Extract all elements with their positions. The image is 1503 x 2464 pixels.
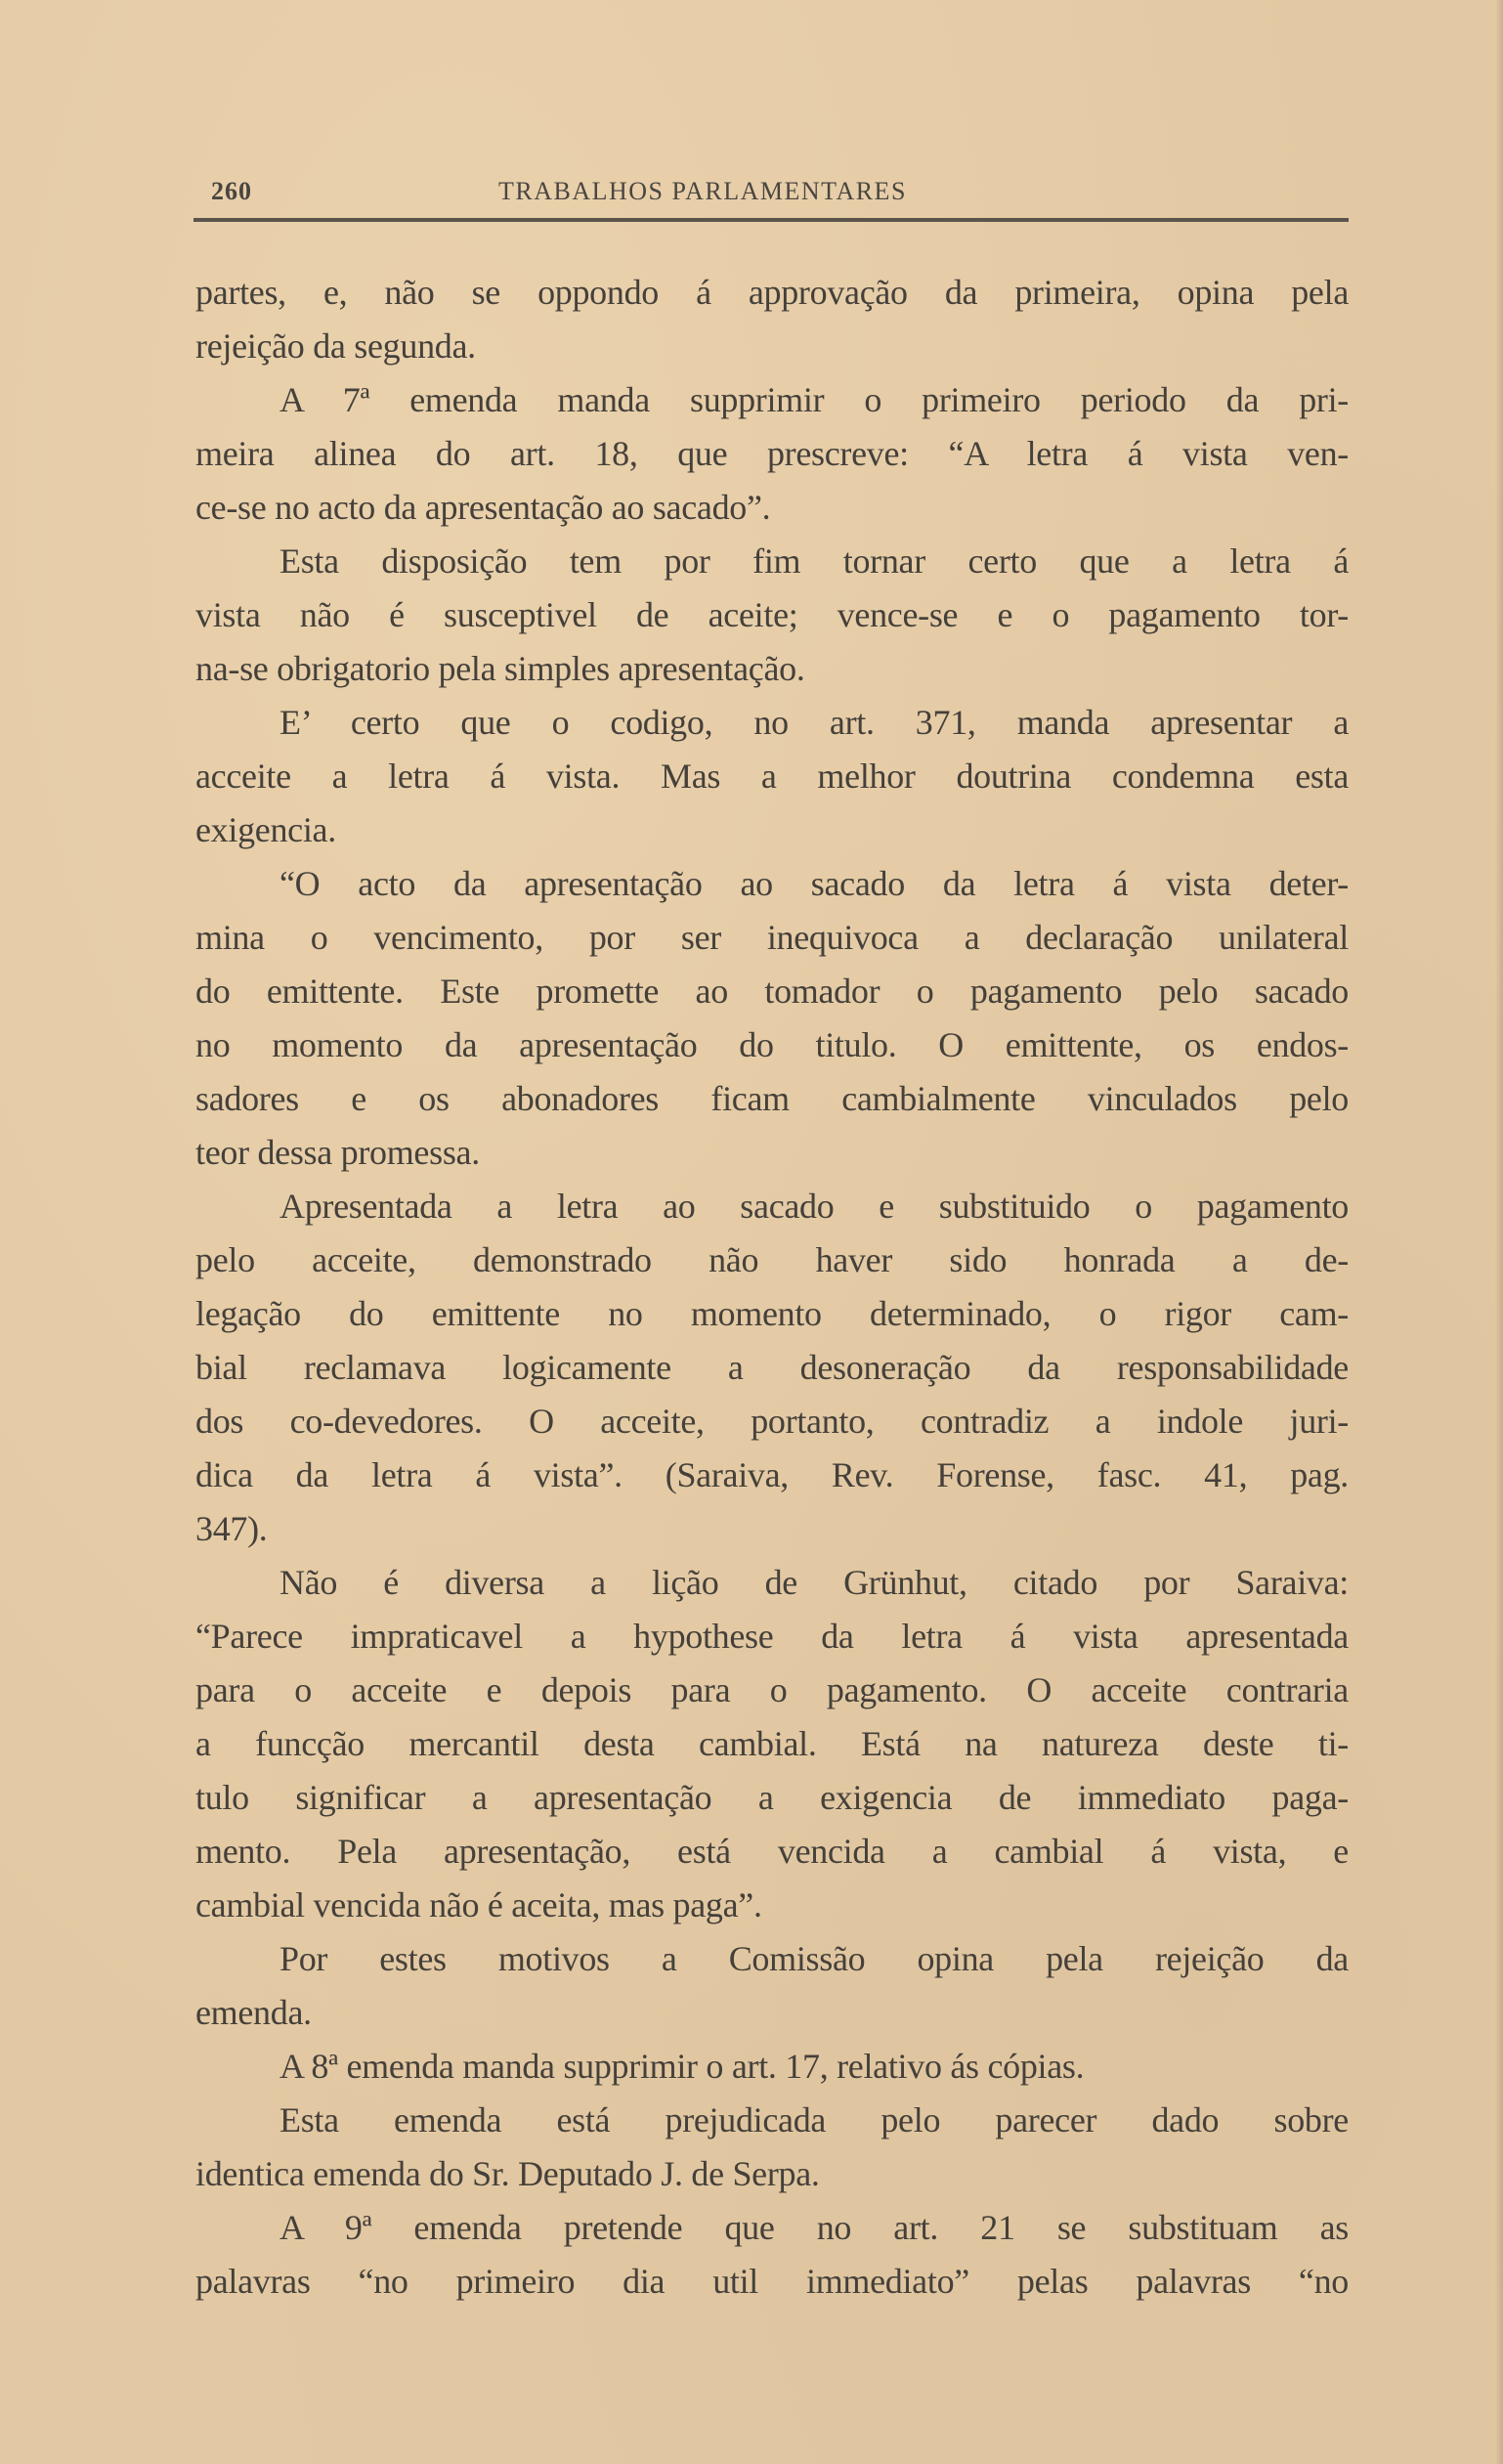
text-line: acceite a letra á vista. Mas a melhor do… (195, 750, 1349, 803)
text-line: do emittente. Este promette ao tomador o… (195, 965, 1349, 1018)
text-line: A 9ª emenda pretende que no art. 21 se s… (195, 2201, 1349, 2255)
text-line: emenda. (195, 1986, 1349, 2040)
running-title: TRABALHOS PARLAMENTARES (498, 172, 907, 211)
text-line: Esta disposição tem por fim tornar certo… (195, 535, 1349, 588)
page-edge-shadow (1495, 0, 1503, 2464)
text-line: exigencia. (195, 803, 1349, 857)
text-line: A 8ª emenda manda supprimir o art. 17, r… (195, 2040, 1349, 2094)
text-line: palavras “no primeiro dia util immediato… (195, 2255, 1349, 2309)
text-line: sadores e os abonadores ficam cambialmen… (195, 1072, 1349, 1126)
text-line: Não é diversa a lição de Grünhut, citado… (195, 1556, 1349, 1610)
text-line: tulo significar a apresentação a exigenc… (195, 1771, 1349, 1825)
text-line: mento. Pela apresentação, está vencida a… (195, 1825, 1349, 1879)
text-line: Por estes motivos a Comissão opina pela … (195, 1932, 1349, 1986)
body-text: partes, e, não se oppondo á approvação d… (195, 266, 1349, 2309)
page-number: 260 (211, 172, 252, 211)
text-line: dos co-devedores. O acceite, portanto, c… (195, 1395, 1349, 1448)
text-line: identica emenda do Sr. Deputado J. de Se… (195, 2147, 1349, 2201)
text-line: A 7ª emenda manda supprimir o primeiro p… (195, 373, 1349, 427)
text-line: vista não é susceptivel de aceite; vence… (195, 588, 1349, 642)
text-line: E’ certo que o codigo, no art. 371, mand… (195, 696, 1349, 750)
text-line: “O acto da apresentação ao sacado da let… (195, 857, 1349, 911)
book-page: 260 TRABALHOS PARLAMENTARES partes, e, n… (0, 0, 1503, 2464)
running-header: 260 TRABALHOS PARLAMENTARES (193, 172, 1349, 211)
text-line: dica da letra á vista”. (Saraiva, Rev. F… (195, 1448, 1349, 1502)
text-line: rejeição da segunda. (195, 320, 1349, 373)
text-line: para o acceite e depois para o pagamento… (195, 1664, 1349, 1717)
text-line: partes, e, não se oppondo á approvação d… (195, 266, 1349, 320)
text-line: Esta emenda está prejudicada pelo parece… (195, 2094, 1349, 2147)
text-line: 347). (195, 1502, 1349, 1556)
text-line: Apresentada a letra ao sacado e substitu… (195, 1180, 1349, 1233)
text-line: ce-se no acto da apresentação ao sacado”… (195, 481, 1349, 535)
header-rule (193, 218, 1349, 222)
text-line: a funcção mercantil desta cambial. Está … (195, 1717, 1349, 1771)
text-line: teor dessa promessa. (195, 1126, 1349, 1180)
text-line: na-se obrigatorio pela simples apresenta… (195, 642, 1349, 696)
text-line: bial reclamava logicamente a desoneração… (195, 1341, 1349, 1395)
text-line: meira alinea do art. 18, que prescreve: … (195, 427, 1349, 481)
text-line: legação do emittente no momento determin… (195, 1287, 1349, 1341)
text-line: cambial vencida não é aceita, mas paga”. (195, 1879, 1349, 1932)
text-line: mina o vencimento, por ser inequivoca a … (195, 911, 1349, 965)
text-line: no momento da apresentação do titulo. O … (195, 1018, 1349, 1072)
text-line: “Parece impraticavel a hypothese da letr… (195, 1610, 1349, 1664)
text-line: pelo acceite, demonstrado não haver sido… (195, 1233, 1349, 1287)
